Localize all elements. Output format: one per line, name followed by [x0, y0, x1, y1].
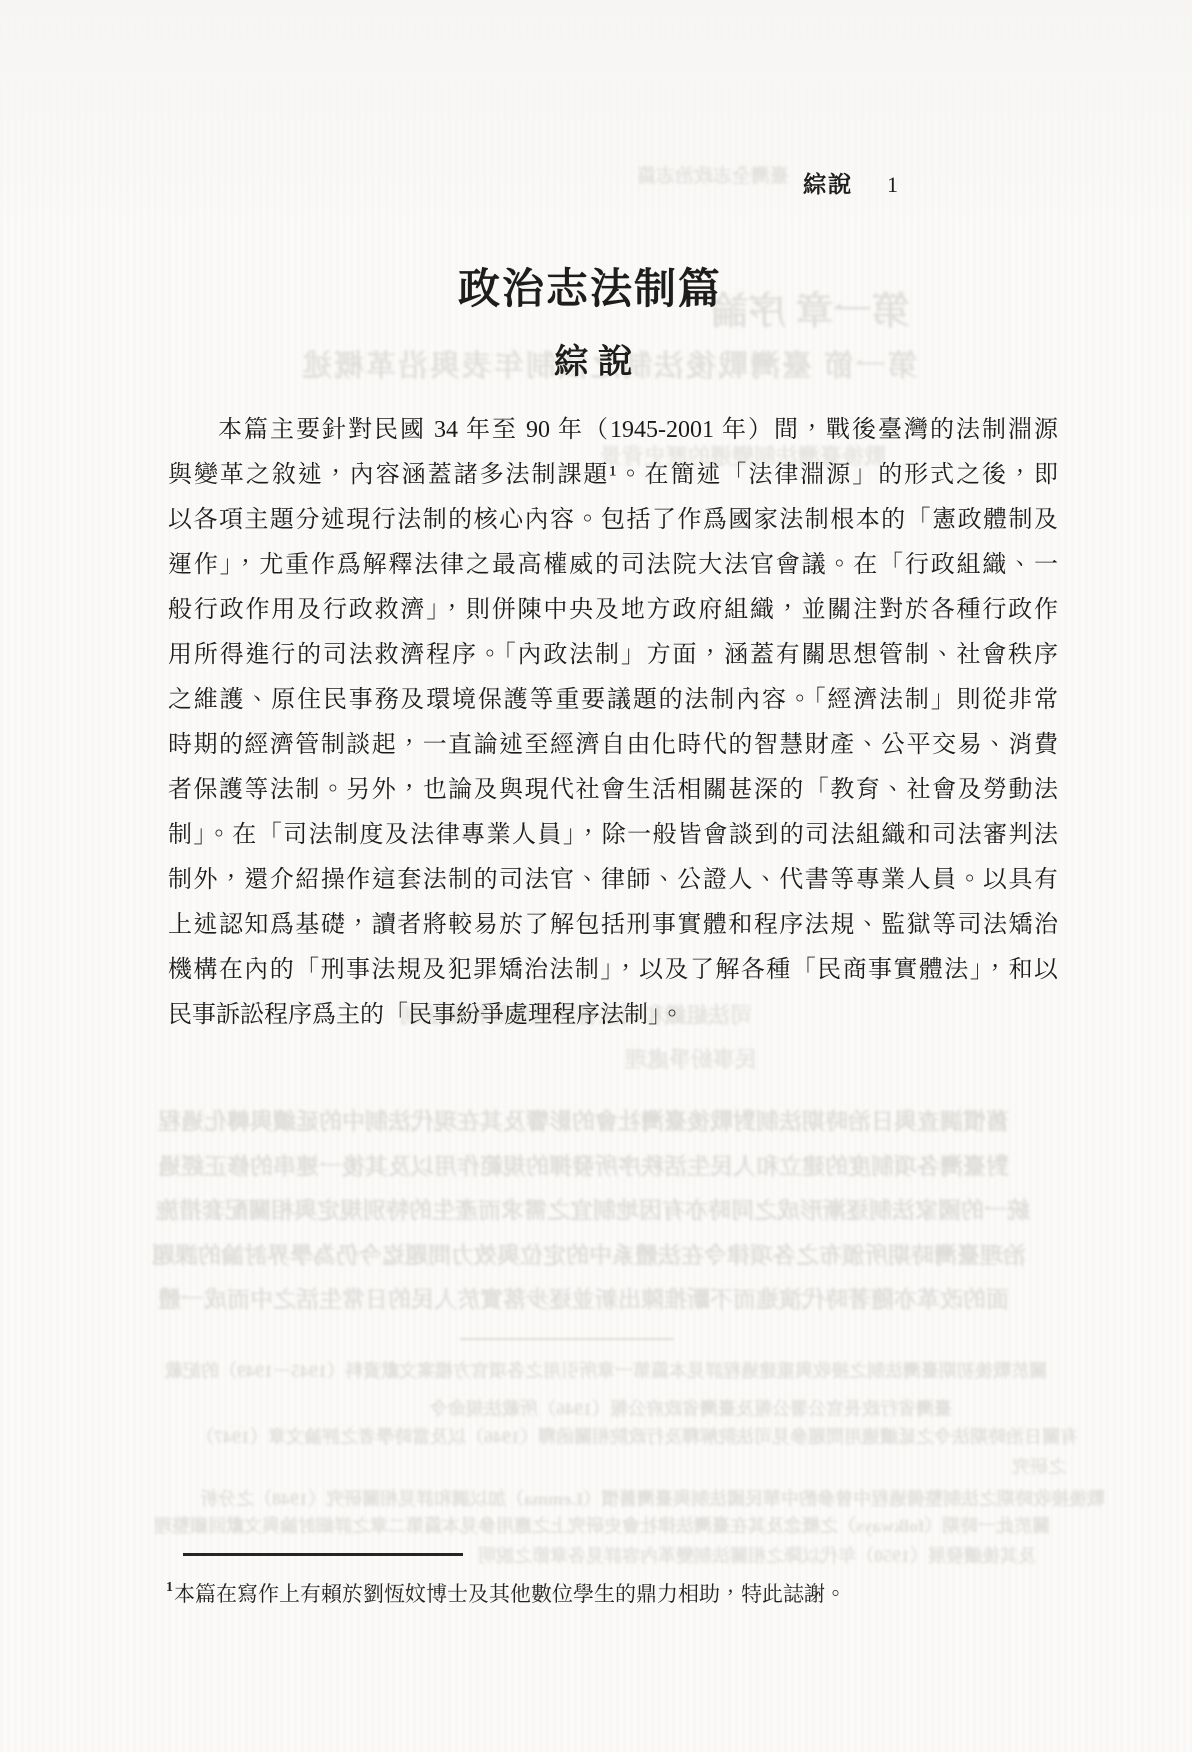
body-line: 民事訴訟程序爲主的「民事紛爭處理程序法制」。 [168, 993, 1058, 1038]
body-line: 與變革之敘述，內容涵蓋諸多法制課題¹。在簡述「法律淵源」的形式之後，即 [168, 453, 1058, 498]
section-heading: 綜說 [554, 334, 642, 383]
body-line: 本篇主要針對民國 34 年至 90 年（1945-2001 年）間，戰後臺灣的法… [168, 408, 1058, 453]
body-line: 用所得進行的司法救濟程序。「內政法制」方面，涵蓋有關思想管制、社會秩序 [168, 633, 1058, 678]
body-line: 機構在內的「刑事法規及犯罪矯治法制」，以及了解各種「民商事實體法」，和以 [168, 948, 1058, 993]
body-line: 之維護、原住民事務及環境保護等重要議題的法制內容。「經濟法制」則從非常 [168, 678, 1058, 723]
footnote: 1本篇在寫作上有賴於劉恆妏博士及其他數位學生的鼎力相助，特此誌謝。 [166, 1572, 1066, 1610]
body-line: 制外，還介紹操作這套法制的司法官、律師、公證人、代書等專業人員。以具有 [168, 858, 1058, 903]
footnote-marker: 1 [166, 1580, 173, 1595]
body-line: 制」。在「司法制度及法律專業人員」，除一般皆會談到的司法組織和司法審判法 [168, 813, 1058, 858]
footnote-text: 本篇在寫作上有賴於劉恆妏博士及其他數位學生的鼎力相助，特此誌謝。 [174, 1582, 846, 1606]
printed-page: 綜說 1 政治志法制篇 綜說 本篇主要針對民國 34 年至 90 年（1945-… [0, 0, 1192, 1752]
body-line: 者保護等法制。另外，也論及與現代社會生活相關甚深的「教育、社會及勞動法 [168, 768, 1058, 813]
body-line: 般行政作用及行政救濟」，則併陳中央及地方政府組織，並關注對於各種行政作 [168, 588, 1058, 633]
body-line: 上述認知爲基礎，讀者將較易於了解包括刑事實體和程序法規、監獄等司法矯治 [168, 903, 1058, 948]
chapter-title: 政治志法制篇 [458, 256, 722, 316]
body-line: 時期的經濟管制談起，一直論述至經濟自由化時代的智慧財產、公平交易、消費 [168, 723, 1058, 768]
running-head-section: 綜說 [803, 166, 853, 199]
body-line: 以各項主題分述現行法制的核心內容。包括了作爲國家法制根本的「憲政體制及 [168, 498, 1058, 543]
footnote-separator [183, 1553, 463, 1556]
page-number: 1 [887, 172, 898, 198]
body-line: 運作」，尤重作爲解釋法律之最高權威的司法院大法官會議。在「行政組織、一 [168, 543, 1058, 588]
running-head: 綜說 1 [803, 166, 898, 199]
body-paragraph: 本篇主要針對民國 34 年至 90 年（1945-2001 年）間，戰後臺灣的法… [168, 408, 1058, 1038]
